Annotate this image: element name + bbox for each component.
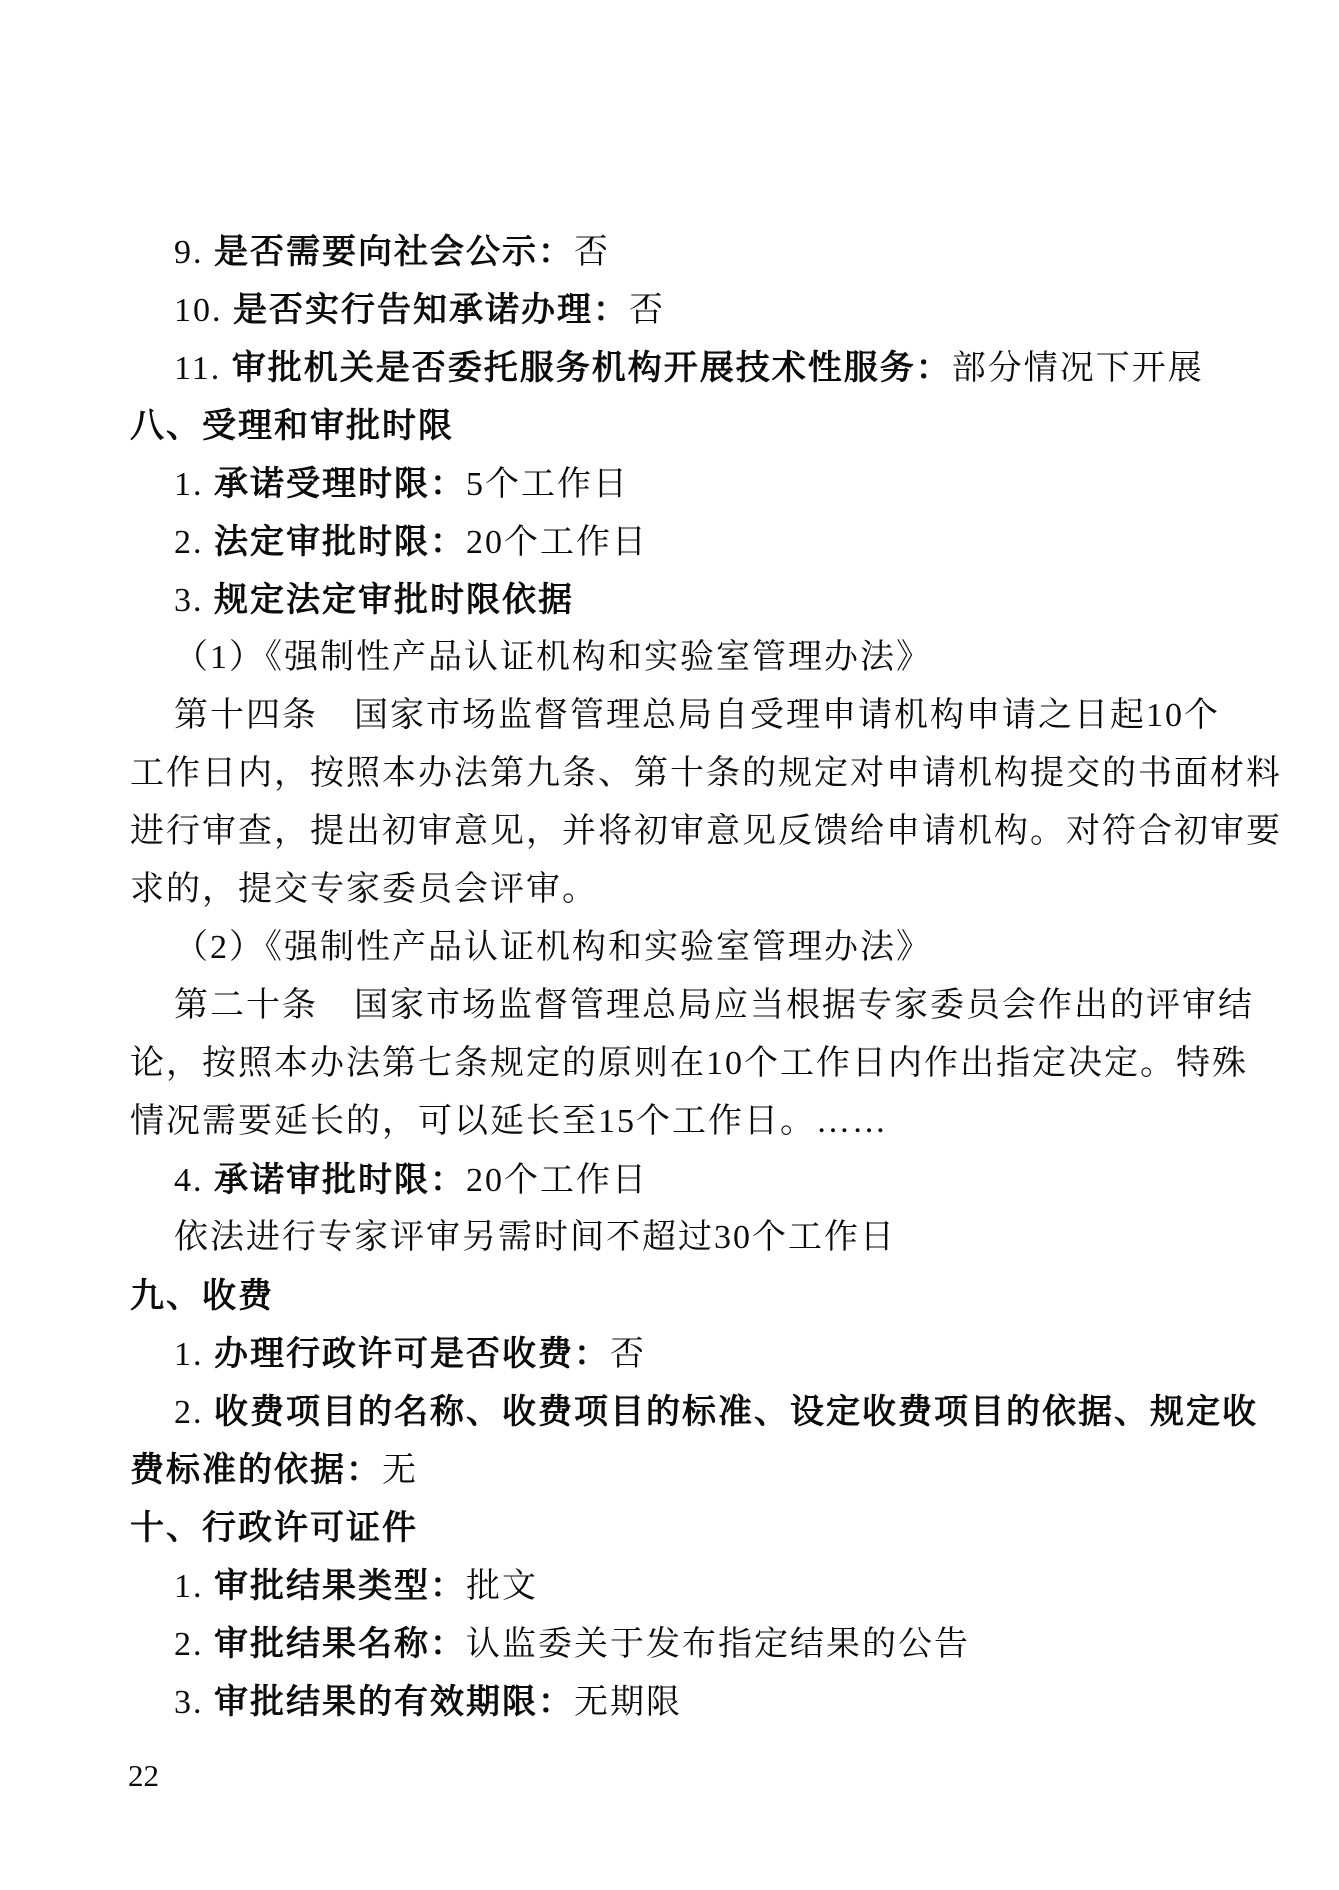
page-number: 22 [128, 1756, 159, 1796]
list-item-line: 2. 审批结果名称：认监委关于发布指定结果的公告 [130, 1615, 1250, 1673]
section-heading: 十、行政许可证件 [130, 1499, 1250, 1557]
item-label: 审批机关是否委托服务机构开展技术性服务： [232, 349, 952, 387]
document-body: 9. 是否需要向社会公示：否10. 是否实行告知承诺办理：否11. 审批机关是否… [130, 223, 1250, 1731]
paragraph-line: 费标准的依据：无 [130, 1441, 1250, 1499]
paragraph-text: （1）《强制性产品认证机构和实验室管理办法》 [174, 639, 932, 676]
section-heading: 八、受理和审批时限 [130, 397, 1250, 455]
heading-text: 八、受理和审批时限 [130, 407, 454, 445]
item-label: 审批结果类型： [214, 1567, 466, 1605]
item-value: 部分情况下开展 [952, 350, 1204, 387]
paragraph-line: （1）《强制性产品认证机构和实验室管理办法》 [130, 629, 1250, 687]
item-number: 1. [174, 466, 214, 503]
item-value: 无期限 [574, 1684, 682, 1721]
list-item-line: 4. 承诺审批时限：20个工作日 [130, 1151, 1250, 1209]
paragraph-text: 进行审查，提出初审意见，并将初审意见反馈给申请机构。对符合初审要 [130, 813, 1282, 850]
paragraph-text: 求的，提交专家委员会评审。 [130, 871, 598, 908]
item-label: 规定法定审批时限依据 [214, 581, 574, 619]
item-label: 审批结果名称： [214, 1625, 466, 1663]
item-value: 认监委关于发布指定结果的公告 [466, 1626, 970, 1663]
heading-text: 九、收费 [130, 1277, 274, 1315]
item-number: 1. [174, 1336, 214, 1373]
paragraph-line: （2）《强制性产品认证机构和实验室管理办法》 [130, 919, 1250, 977]
list-item-line: 1. 审批结果类型：批文 [130, 1557, 1250, 1615]
list-item-line: 2. 收费项目的名称、收费项目的标准、设定收费项目的依据、规定收 [130, 1383, 1250, 1441]
list-item-line: 1. 承诺受理时限：5个工作日 [130, 455, 1250, 513]
paragraph-text: 依法进行专家评审另需时间不超过30个工作日 [174, 1219, 896, 1256]
paragraph-text: （2）《强制性产品认证机构和实验室管理办法》 [174, 929, 932, 966]
paragraph-text: 论，按照本办法第七条规定的原则在10个工作日内作出指定决定。特殊 [130, 1045, 1248, 1082]
list-item-line: 3. 规定法定审批时限依据 [130, 571, 1250, 629]
paragraph-line: 论，按照本办法第七条规定的原则在10个工作日内作出指定决定。特殊 [130, 1035, 1250, 1093]
document-page: 9. 是否需要向社会公示：否10. 是否实行告知承诺办理：否11. 审批机关是否… [0, 0, 1339, 1890]
item-value: 否 [610, 1336, 646, 1373]
paragraph-line: 依法进行专家评审另需时间不超过30个工作日 [130, 1209, 1250, 1267]
paragraph-line: 工作日内，按照本办法第九条、第十条的规定对申请机构提交的书面材料 [130, 745, 1250, 803]
paragraph-line: 第十四条 国家市场监督管理总局自受理申请机构申请之日起10个 [130, 687, 1250, 745]
list-item-line: 11. 审批机关是否委托服务机构开展技术性服务：部分情况下开展 [130, 339, 1250, 397]
item-number: 3. [174, 1684, 214, 1721]
item-label: 法定审批时限： [214, 523, 466, 561]
item-label: 费标准的依据： [130, 1451, 382, 1489]
item-number: 1. [174, 1568, 214, 1605]
item-number: 9. [174, 234, 214, 271]
paragraph-line: 进行审查，提出初审意见，并将初审意见反馈给申请机构。对符合初审要 [130, 803, 1250, 861]
item-label: 收费项目的名称、收费项目的标准、设定收费项目的依据、规定收 [214, 1393, 1258, 1431]
section-heading: 九、收费 [130, 1267, 1250, 1325]
paragraph-text: 第十四条 国家市场监督管理总局自受理申请机构申请之日起10个 [174, 697, 1220, 734]
item-value: 批文 [466, 1568, 538, 1605]
item-number: 2. [174, 524, 214, 561]
paragraph-line: 第二十条 国家市场监督管理总局应当根据专家委员会作出的评审结 [130, 977, 1250, 1035]
item-number: 11. [174, 350, 232, 387]
list-item-line: 3. 审批结果的有效期限：无期限 [130, 1673, 1250, 1731]
heading-text: 十、行政许可证件 [130, 1509, 418, 1547]
item-number: 2. [174, 1394, 214, 1431]
item-value: 20个工作日 [466, 524, 648, 561]
item-value: 否 [629, 292, 665, 329]
item-number: 3. [174, 582, 214, 619]
item-value: 无 [382, 1452, 418, 1489]
item-number: 2. [174, 1626, 214, 1663]
item-value: 5个工作日 [466, 466, 629, 503]
item-number: 10. [174, 292, 233, 329]
paragraph-line: 情况需要延长的，可以延长至15个工作日。…… [130, 1093, 1250, 1151]
list-item-line: 9. 是否需要向社会公示：否 [130, 223, 1250, 281]
paragraph-text: 工作日内，按照本办法第九条、第十条的规定对申请机构提交的书面材料 [130, 755, 1282, 792]
paragraph-text: 情况需要延长的，可以延长至15个工作日。…… [130, 1103, 888, 1140]
item-label: 承诺审批时限： [214, 1161, 466, 1199]
item-label: 审批结果的有效期限： [214, 1683, 574, 1721]
list-item-line: 1. 办理行政许可是否收费：否 [130, 1325, 1250, 1383]
item-value: 20个工作日 [466, 1162, 648, 1199]
item-label: 承诺受理时限： [214, 465, 466, 503]
list-item-line: 10. 是否实行告知承诺办理：否 [130, 281, 1250, 339]
item-label: 办理行政许可是否收费： [214, 1335, 610, 1373]
paragraph-text: 第二十条 国家市场监督管理总局应当根据专家委员会作出的评审结 [174, 987, 1254, 1024]
list-item-line: 2. 法定审批时限：20个工作日 [130, 513, 1250, 571]
item-label: 是否实行告知承诺办理： [233, 291, 629, 329]
item-value: 否 [574, 234, 610, 271]
paragraph-line: 求的，提交专家委员会评审。 [130, 861, 1250, 919]
item-label: 是否需要向社会公示： [214, 233, 574, 271]
item-number: 4. [174, 1162, 214, 1199]
